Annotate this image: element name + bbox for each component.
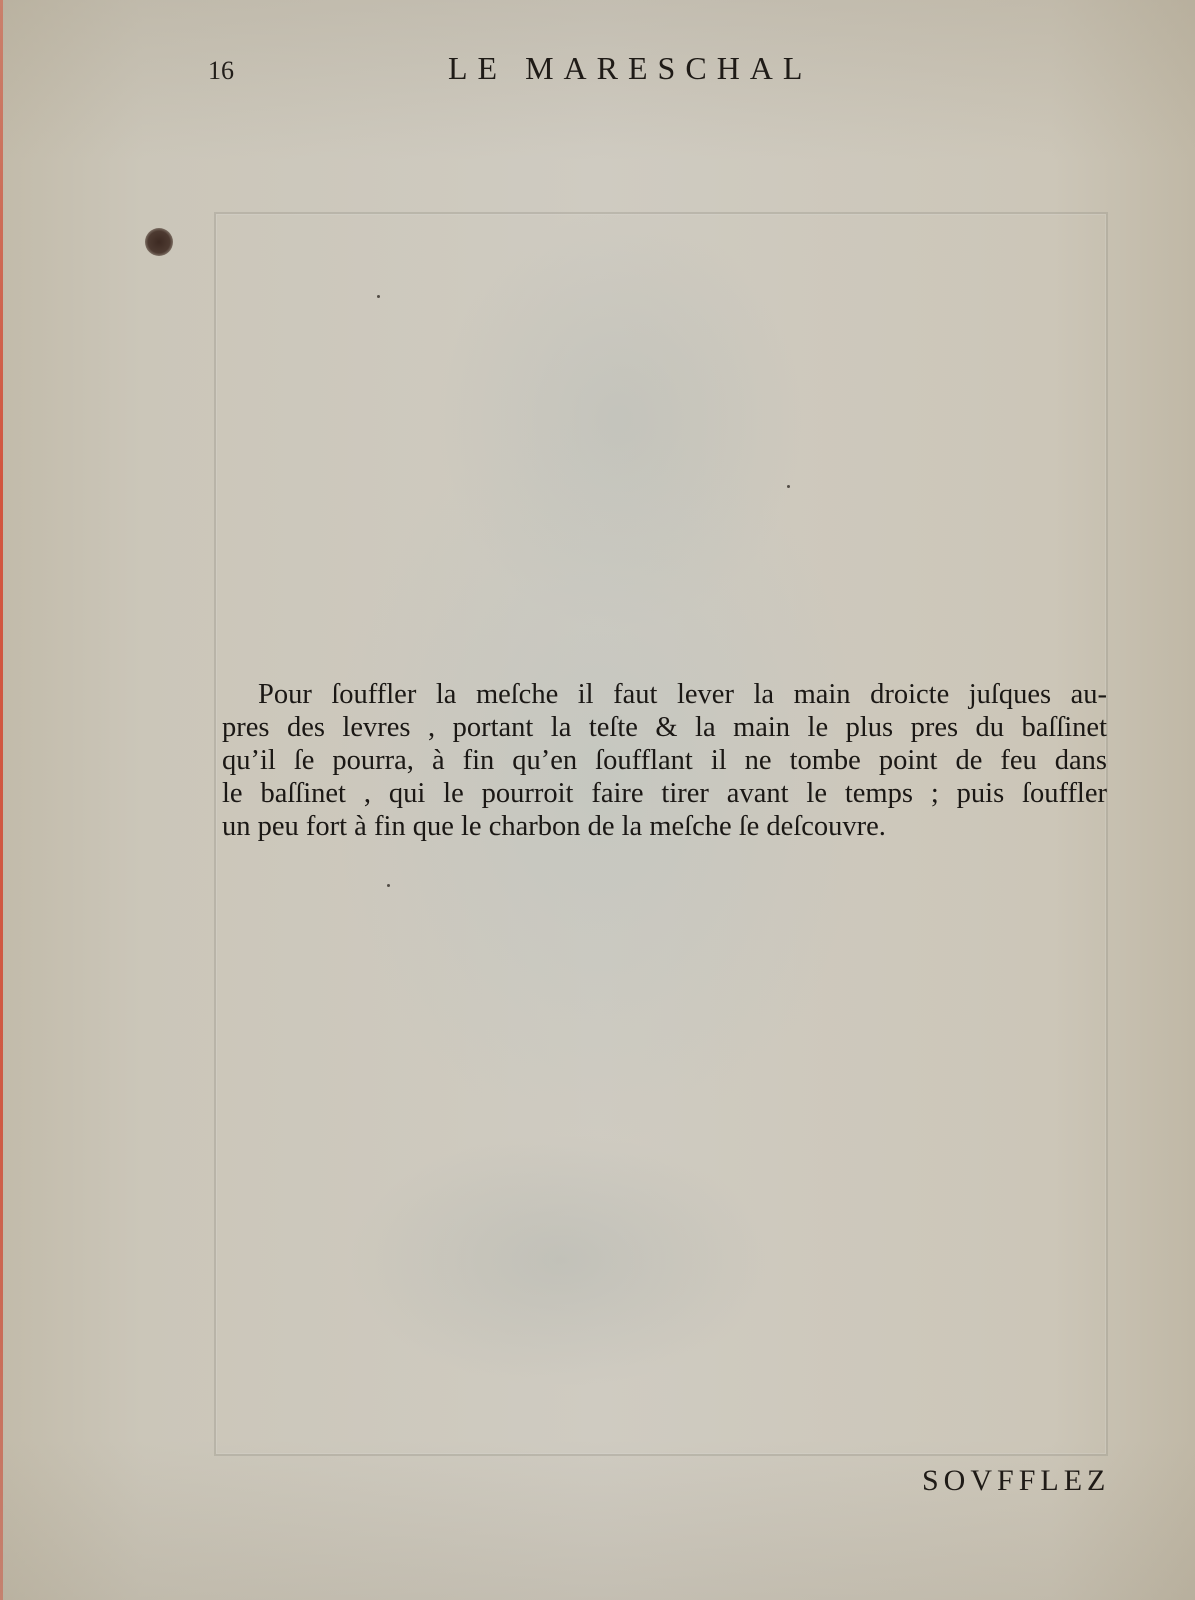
ink-stain (145, 228, 173, 256)
document-page: 16 LE MARESCHAL Pour ſouffler la meſche … (0, 0, 1195, 1600)
paper-speck (387, 884, 390, 887)
text-line: le baſſinet , qui le pourroit faire tire… (222, 777, 1107, 810)
text-line: Pour ſouffler la meſche il faut lever la… (222, 678, 1107, 711)
page-number: 16 (208, 56, 234, 86)
page-edge-binding (0, 0, 3, 1600)
text-line: un peu fort à fin que le charbon de la m… (222, 810, 1107, 843)
plate-caption: SOVFFLEZ (922, 1464, 1110, 1498)
paper-speck (787, 485, 790, 488)
paper-speck (377, 295, 380, 298)
body-paragraph: Pour ſouffler la meſche il faut lever la… (222, 678, 1107, 843)
running-head: 16 LE MARESCHAL (0, 48, 1195, 88)
header-title: LE MARESCHAL (448, 50, 812, 87)
text-line: qu’il ſe pourra, à fin qu’en ſoufflant i… (222, 744, 1107, 777)
text-line: pres des levres , portant la teſte & la … (222, 711, 1107, 744)
